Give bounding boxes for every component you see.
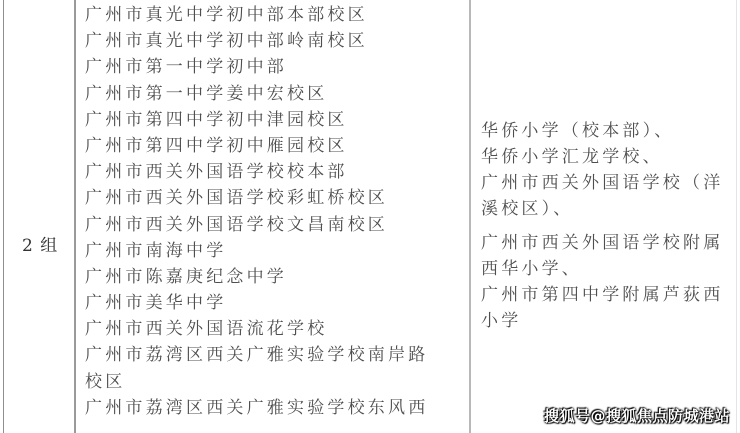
middle-school-item: 广州市西关外国语学校彩虹桥校区: [85, 185, 428, 211]
primary-school-line: 广州市西关外国语学校附属: [481, 230, 723, 256]
primary-school-line: 华侨小学（校本部）、: [481, 118, 723, 144]
middle-school-item: 广州市荔湾区西关广雅实验学校东风西: [85, 395, 428, 421]
primary-school-line: 华侨小学汇龙学校、: [481, 144, 723, 170]
primary-schools-column: 华侨小学（校本部）、 华侨小学汇龙学校、 广州市西关外国语学校（洋 溪校区）、 …: [471, 0, 737, 433]
middle-school-item: 广州市第四中学初中津园校区: [85, 107, 428, 133]
group-label: 2 组: [22, 231, 58, 256]
primary-school-line: 小学: [481, 308, 723, 334]
primary-school-line: 广州市第四中学附属芦荻西: [481, 282, 723, 308]
primary-school-list: 华侨小学（校本部）、 华侨小学汇龙学校、 广州市西关外国语学校（洋 溪校区）、 …: [481, 118, 723, 334]
watermark: 搜狐号@搜狐焦点防城港站: [544, 405, 730, 426]
middle-school-item: 广州市西关外国语流花学校: [85, 316, 428, 342]
primary-school-line: 溪校区）、: [481, 196, 723, 222]
middle-school-item: 广州市陈嘉庚纪念中学: [85, 264, 428, 290]
middle-school-item: 广州市西关外国语学校校本部: [85, 159, 428, 185]
middle-school-item: 广州市南海中学: [85, 238, 428, 264]
middle-school-item: 校区: [85, 369, 428, 395]
primary-school-line: 西华小学、: [481, 256, 723, 282]
middle-school-item: 广州市第一中学姜中宏校区: [85, 81, 428, 107]
school-allocation-table: 2 组 广州市真光中学初中部本部校区 广州市真光中学初中部岭南校区 广州市第一中…: [0, 0, 740, 433]
group-column: 2 组: [3, 0, 76, 433]
middle-school-item: 广州市真光中学初中部本部校区: [85, 2, 428, 28]
middle-school-item: 广州市第一中学初中部: [85, 54, 428, 80]
middle-schools-column: 广州市真光中学初中部本部校区 广州市真光中学初中部岭南校区 广州市第一中学初中部…: [76, 0, 471, 433]
middle-school-item: 广州市第四中学初中雁园校区: [85, 133, 428, 159]
middle-school-item: 广州市荔湾区西关广雅实验学校南岸路: [85, 342, 428, 368]
middle-school-item: 广州市真光中学初中部岭南校区: [85, 28, 428, 54]
middle-school-item: 广州市西关外国语学校文昌南校区: [85, 212, 428, 238]
primary-school-line: 广州市西关外国语学校（洋: [481, 170, 723, 196]
middle-school-item: 广州市美华中学: [85, 290, 428, 316]
middle-school-list: 广州市真光中学初中部本部校区 广州市真光中学初中部岭南校区 广州市第一中学初中部…: [85, 2, 428, 421]
